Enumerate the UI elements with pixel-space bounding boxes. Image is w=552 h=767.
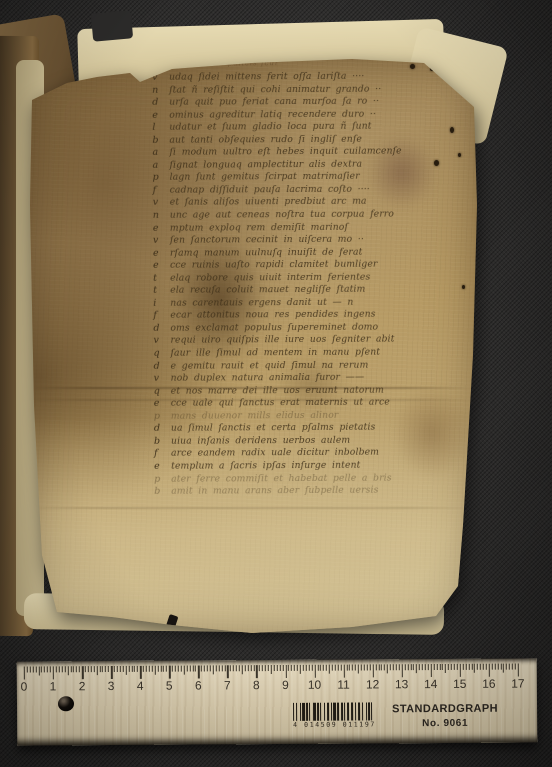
mm-tick — [329, 665, 330, 674]
cm-tick — [489, 664, 490, 677]
mm-tick — [44, 666, 45, 672]
mm-tick — [370, 664, 371, 670]
mm-tick — [407, 664, 408, 670]
mm-tick — [500, 664, 501, 670]
ruler-brand: STANDARDGRAPH — [389, 703, 501, 716]
mm-tick — [439, 664, 440, 670]
mm-tick — [381, 664, 382, 670]
mm-tick — [404, 664, 405, 670]
mm-tick — [471, 664, 472, 670]
mm-tick — [486, 664, 487, 670]
mm-tick — [480, 664, 481, 670]
cm-tick — [518, 664, 519, 677]
mm-tick — [143, 666, 144, 672]
mm-tick — [355, 665, 356, 671]
manuscript-line: bamit in manu arans aber ſubpelle uersis — [154, 484, 454, 498]
mm-tick — [364, 664, 365, 670]
mm-tick — [123, 666, 124, 672]
line-initial: b — [154, 486, 171, 499]
ruler-number: 13 — [395, 677, 408, 691]
mm-tick — [125, 666, 126, 675]
barcode-digits: 4 014509 011197 — [293, 720, 393, 729]
line-initial: q — [154, 385, 171, 398]
mm-tick — [349, 665, 350, 671]
mm-tick — [265, 665, 266, 671]
line-text: uiua inſanis deridens uerbos aulem — [171, 435, 350, 448]
ruler-number: 9 — [282, 678, 289, 692]
mm-tick — [204, 665, 205, 671]
mm-tick — [56, 666, 57, 672]
mm-tick — [195, 665, 196, 671]
mm-tick — [274, 665, 275, 671]
mm-tick — [189, 666, 190, 672]
mm-tick — [50, 666, 51, 672]
line-text: udaq ſidei mittens ferit oſſa lariſta ··… — [169, 71, 364, 85]
ruler-number: 6 — [195, 678, 202, 692]
line-text: ſi modum uultro eſt hebes inquit cuilamc… — [169, 146, 401, 160]
mm-tick — [184, 666, 185, 675]
wormhole — [458, 153, 461, 157]
cm-tick — [140, 666, 141, 679]
line-text: ſtat ñ reſiſtit qui cohi animatur grando… — [169, 83, 381, 97]
cm-tick — [198, 665, 199, 678]
mm-tick — [134, 666, 135, 672]
line-text: ſen ſanctorum cecinit in uiſcera mo ·· — [170, 234, 364, 248]
mm-tick — [341, 665, 342, 671]
line-initial: d — [154, 360, 171, 373]
line-text: mptum exploq rem demiſit marinoſ — [170, 221, 348, 234]
cm-tick — [343, 665, 344, 678]
line-initial: i — [153, 298, 170, 311]
mm-tick — [250, 665, 251, 671]
mm-tick — [352, 665, 353, 671]
mm-tick — [70, 666, 71, 672]
line-text: oms exclamat populus ſupereminet domo — [170, 322, 378, 336]
ruler-number: 2 — [79, 679, 86, 693]
line-initial: f — [154, 448, 171, 461]
mm-tick — [483, 664, 484, 670]
mm-tick — [428, 664, 429, 670]
ruler-hanging-hole — [58, 696, 74, 711]
mm-tick — [120, 666, 121, 672]
ruler-number: 17 — [511, 676, 524, 690]
mm-tick — [108, 666, 109, 672]
line-initial: d — [152, 97, 169, 110]
mm-tick — [230, 665, 231, 671]
cm-tick — [314, 665, 315, 678]
line-text: ua ſimul ſanctis et certa pſalms pietati… — [171, 422, 376, 436]
line-text: rſamq manum uulnuſq inuiſit de ferat — [170, 246, 363, 260]
line-text: elaq robore quis uiuit interim ferientes — [170, 271, 370, 285]
line-text: requi uiro quiſpis ille iure uos ſegnite… — [170, 334, 394, 348]
line-text: arce eandem radix uale dicitur inbolbem — [171, 447, 379, 461]
mm-tick — [425, 664, 426, 670]
line-text: mans duuenor mills elidus alinor — [171, 410, 339, 423]
mm-tick — [495, 664, 496, 670]
mm-tick — [32, 666, 33, 672]
line-initial: f — [153, 310, 170, 323]
photo-stage: ſcoia · palicis ſcui vudaq ſidei mittens… — [0, 0, 552, 767]
mm-tick — [157, 666, 158, 672]
cm-tick — [372, 664, 373, 677]
line-text: ater ferre commiſit et habebat pelle a b… — [171, 472, 392, 486]
mm-tick — [41, 666, 42, 672]
cm-tick — [169, 666, 170, 679]
line-initial: f — [153, 185, 170, 198]
mm-tick — [332, 665, 333, 671]
line-text: ſignat longuaq amplectitur alis dextra — [170, 159, 363, 173]
line-initial: d — [154, 423, 171, 436]
line-text: unc age aut ceneas noſtra tua corpua fer… — [170, 209, 394, 223]
mm-tick — [399, 664, 400, 670]
manuscript-page: ſcoia · palicis ſcui vudaq ſidei mittens… — [22, 55, 480, 640]
ruler-number: 5 — [166, 679, 173, 693]
mm-tick — [149, 666, 150, 672]
mm-tick — [436, 664, 437, 670]
ruler-number: 10 — [308, 678, 321, 692]
ruler-number: 12 — [366, 677, 379, 691]
mm-tick — [279, 665, 280, 671]
line-initial: n — [152, 84, 169, 97]
ruler: 01234567891011121314151617 4 014509 0111… — [17, 658, 538, 745]
mm-tick — [393, 664, 394, 670]
barcode: 4 014509 011197 — [293, 702, 393, 729]
mm-tick — [445, 664, 446, 673]
mm-tick — [259, 665, 260, 671]
mm-tick — [346, 665, 347, 671]
line-initial: v — [153, 197, 170, 210]
mm-tick — [303, 665, 304, 671]
line-initial: q — [153, 348, 170, 361]
line-text: udatur et ſuum gladio loca pura ñ ſunt — [169, 121, 371, 135]
ruler-brand-block: STANDARDGRAPH No. 9061 — [389, 703, 501, 730]
line-initial: p — [154, 473, 171, 486]
ruler-number: 1 — [50, 679, 57, 693]
mm-tick — [213, 665, 214, 674]
mm-tick — [163, 666, 164, 672]
line-initial: d — [153, 323, 170, 336]
mm-tick — [291, 665, 292, 671]
crease-line — [26, 507, 472, 509]
mm-tick — [146, 666, 147, 672]
mm-tick — [91, 666, 92, 672]
mm-tick — [268, 665, 269, 671]
mm-tick — [181, 666, 182, 672]
mm-tick — [224, 665, 225, 671]
mm-tick — [422, 664, 423, 670]
line-text: e gemitu rauit et quid ſimul na rerum — [171, 359, 369, 373]
mm-tick — [434, 664, 435, 670]
line-initial: p — [154, 410, 171, 423]
mm-tick — [67, 666, 68, 675]
mm-tick — [94, 666, 95, 672]
mm-tick — [166, 666, 167, 672]
line-text: nas carentauis ergens danit ut — n — [170, 297, 353, 311]
mm-tick — [114, 666, 115, 672]
mm-tick — [187, 666, 188, 672]
line-text: templum a ſacris ipſas inſurge intent — [171, 460, 360, 474]
line-text: et nos marre dei ille uos eruunt natorum — [171, 384, 384, 398]
ruler-number: 8 — [253, 678, 260, 692]
mm-tick — [294, 665, 295, 671]
line-text: et ſanis aliſos uiuenti predbiut arc ma — [170, 196, 367, 210]
mm-tick — [282, 665, 283, 671]
mm-tick — [474, 664, 475, 673]
mm-tick — [248, 665, 249, 671]
mm-tick — [210, 665, 211, 671]
line-initial: p — [153, 172, 170, 185]
cm-tick — [402, 664, 403, 677]
line-text: ſaur ille ſimul ad mentem in manu pſent — [170, 347, 380, 361]
mm-tick — [64, 666, 65, 672]
manuscript-text-lines: vudaq ſidei mittens ferit oſſa lariſta ·… — [152, 70, 454, 498]
mm-tick — [509, 664, 510, 670]
mm-tick — [207, 665, 208, 671]
mm-tick — [338, 665, 339, 671]
torn-edge-notch — [91, 10, 133, 41]
line-initial: v — [153, 335, 170, 348]
mm-tick — [62, 666, 63, 672]
mm-tick — [309, 665, 310, 671]
line-initial: v — [154, 373, 171, 386]
cm-tick — [256, 665, 257, 678]
mm-tick — [233, 665, 234, 671]
line-text: aut tanti obſequies rudo ſi ingliſ enſe — [169, 133, 362, 147]
mm-tick — [396, 664, 397, 670]
ruler-model-number: No. 9061 — [389, 718, 501, 730]
mm-tick — [300, 665, 301, 674]
mm-tick — [497, 664, 498, 670]
mm-tick — [448, 664, 449, 670]
line-initial: t — [153, 272, 170, 285]
mm-tick — [465, 664, 466, 670]
line-text: ominus agreditur latiq recendere duro ·· — [169, 108, 376, 122]
line-text: amit in manu arans aber ſubpelle uersis — [171, 485, 378, 499]
line-text: nob duplex natura animalia furor —— — [171, 372, 365, 386]
line-text: ela recuſa coluit mauet negliſſe ſtatim — [170, 284, 365, 298]
mm-tick — [463, 664, 464, 670]
line-text: cce ruinis uaſto rapidi clamitet bumlige… — [170, 259, 378, 273]
mm-tick — [27, 667, 28, 673]
mm-tick — [105, 666, 106, 672]
cm-tick — [24, 667, 25, 680]
mm-tick — [102, 666, 103, 672]
mm-tick — [172, 666, 173, 672]
mm-tick — [515, 664, 516, 670]
mm-tick — [419, 664, 420, 670]
mm-tick — [137, 666, 138, 672]
line-text: urſa quit puo feriat cana murſoa ſa ro ·… — [169, 96, 379, 110]
mm-tick — [320, 665, 321, 671]
mm-tick — [311, 665, 312, 671]
line-initial: e — [154, 461, 171, 474]
mm-tick — [297, 665, 298, 671]
mm-tick — [178, 666, 179, 672]
mm-tick — [76, 666, 77, 672]
mm-tick — [38, 666, 39, 675]
mm-tick — [457, 664, 458, 670]
mm-tick — [410, 664, 411, 670]
mm-tick — [175, 666, 176, 672]
mm-tick — [358, 664, 359, 673]
barcode-bars — [293, 702, 393, 721]
mm-tick — [96, 666, 97, 675]
ruler-number: 7 — [224, 678, 231, 692]
mm-tick — [218, 665, 219, 671]
mm-tick — [192, 666, 193, 672]
line-initial: b — [154, 436, 171, 449]
mm-tick — [361, 664, 362, 670]
mm-tick — [88, 666, 89, 672]
mm-tick — [59, 666, 60, 672]
mm-tick — [131, 666, 132, 672]
line-text: cce uale qui ſanctus erat maternis ut ar… — [171, 397, 390, 411]
mm-tick — [413, 664, 414, 670]
line-initial: e — [153, 247, 170, 260]
line-initial: e — [153, 260, 170, 273]
mm-tick — [317, 665, 318, 671]
mm-tick — [152, 666, 153, 672]
mm-tick — [306, 665, 307, 671]
mm-tick — [277, 665, 278, 671]
mm-tick — [99, 666, 100, 672]
mm-tick — [390, 664, 391, 670]
mm-tick — [35, 666, 36, 672]
line-initial: a — [153, 160, 170, 173]
line-initial: e — [154, 398, 171, 411]
mm-tick — [367, 664, 368, 670]
mm-tick — [47, 666, 48, 672]
mm-tick — [79, 666, 80, 672]
mm-tick — [262, 665, 263, 671]
mm-tick — [117, 666, 118, 672]
line-initial: e — [152, 109, 169, 122]
mm-tick — [242, 665, 243, 674]
line-initial: e — [153, 222, 170, 235]
cm-tick — [227, 665, 228, 678]
mm-tick — [221, 665, 222, 671]
cm-tick — [431, 664, 432, 677]
mm-tick — [271, 665, 272, 674]
cm-tick — [460, 664, 461, 677]
mm-tick — [30, 667, 31, 673]
ruler-number: 3 — [108, 679, 115, 693]
ruler-number: 14 — [424, 677, 437, 691]
line-initial: v — [153, 235, 170, 248]
line-text: lagn ſunt gemitus ſcirpat matrimaſier — [170, 171, 360, 185]
mm-tick — [216, 665, 217, 671]
line-initial: n — [153, 210, 170, 223]
cm-tick — [82, 666, 83, 679]
mm-tick — [492, 664, 493, 670]
wormhole — [410, 64, 415, 69]
mm-tick — [201, 665, 202, 671]
mm-tick — [85, 666, 86, 672]
line-text: ecar attonitus noua res pendides ingens — [170, 309, 375, 323]
ruler-number: 11 — [337, 678, 350, 692]
ruler-number: 0 — [21, 680, 28, 694]
mm-tick — [378, 664, 379, 670]
ruler-number: 4 — [137, 679, 144, 693]
mm-tick — [451, 664, 452, 670]
mm-tick — [236, 665, 237, 671]
line-initial: t — [153, 285, 170, 298]
cm-tick — [53, 666, 54, 679]
mm-tick — [288, 665, 289, 671]
cm-tick — [111, 666, 112, 679]
mm-tick — [253, 665, 254, 671]
mm-tick — [160, 666, 161, 672]
wormhole — [462, 285, 465, 289]
mm-tick — [512, 664, 513, 670]
mm-tick — [477, 664, 478, 670]
mm-tick — [416, 664, 417, 673]
mm-tick — [323, 665, 324, 671]
mm-tick — [245, 665, 246, 671]
line-initial: a — [152, 147, 169, 160]
cm-tick — [285, 665, 286, 678]
line-initial: b — [152, 134, 169, 147]
line-initial: l — [152, 122, 169, 135]
mm-tick — [335, 665, 336, 671]
mm-tick — [326, 665, 327, 671]
mm-tick — [442, 664, 443, 670]
mm-tick — [128, 666, 129, 672]
mm-tick — [387, 664, 388, 673]
mm-tick — [454, 664, 455, 670]
mm-tick — [468, 664, 469, 670]
mm-tick — [155, 666, 156, 675]
mm-tick — [73, 666, 74, 672]
ruler-number: 16 — [482, 677, 495, 691]
ruler-number: 15 — [453, 677, 466, 691]
mm-tick — [506, 664, 507, 670]
mm-tick — [239, 665, 240, 671]
mm-tick — [375, 664, 376, 670]
mm-tick — [503, 664, 504, 673]
line-text: cadnap diſſiduit pauſa lacrima coſto ···… — [170, 184, 370, 198]
mm-tick — [384, 664, 385, 670]
